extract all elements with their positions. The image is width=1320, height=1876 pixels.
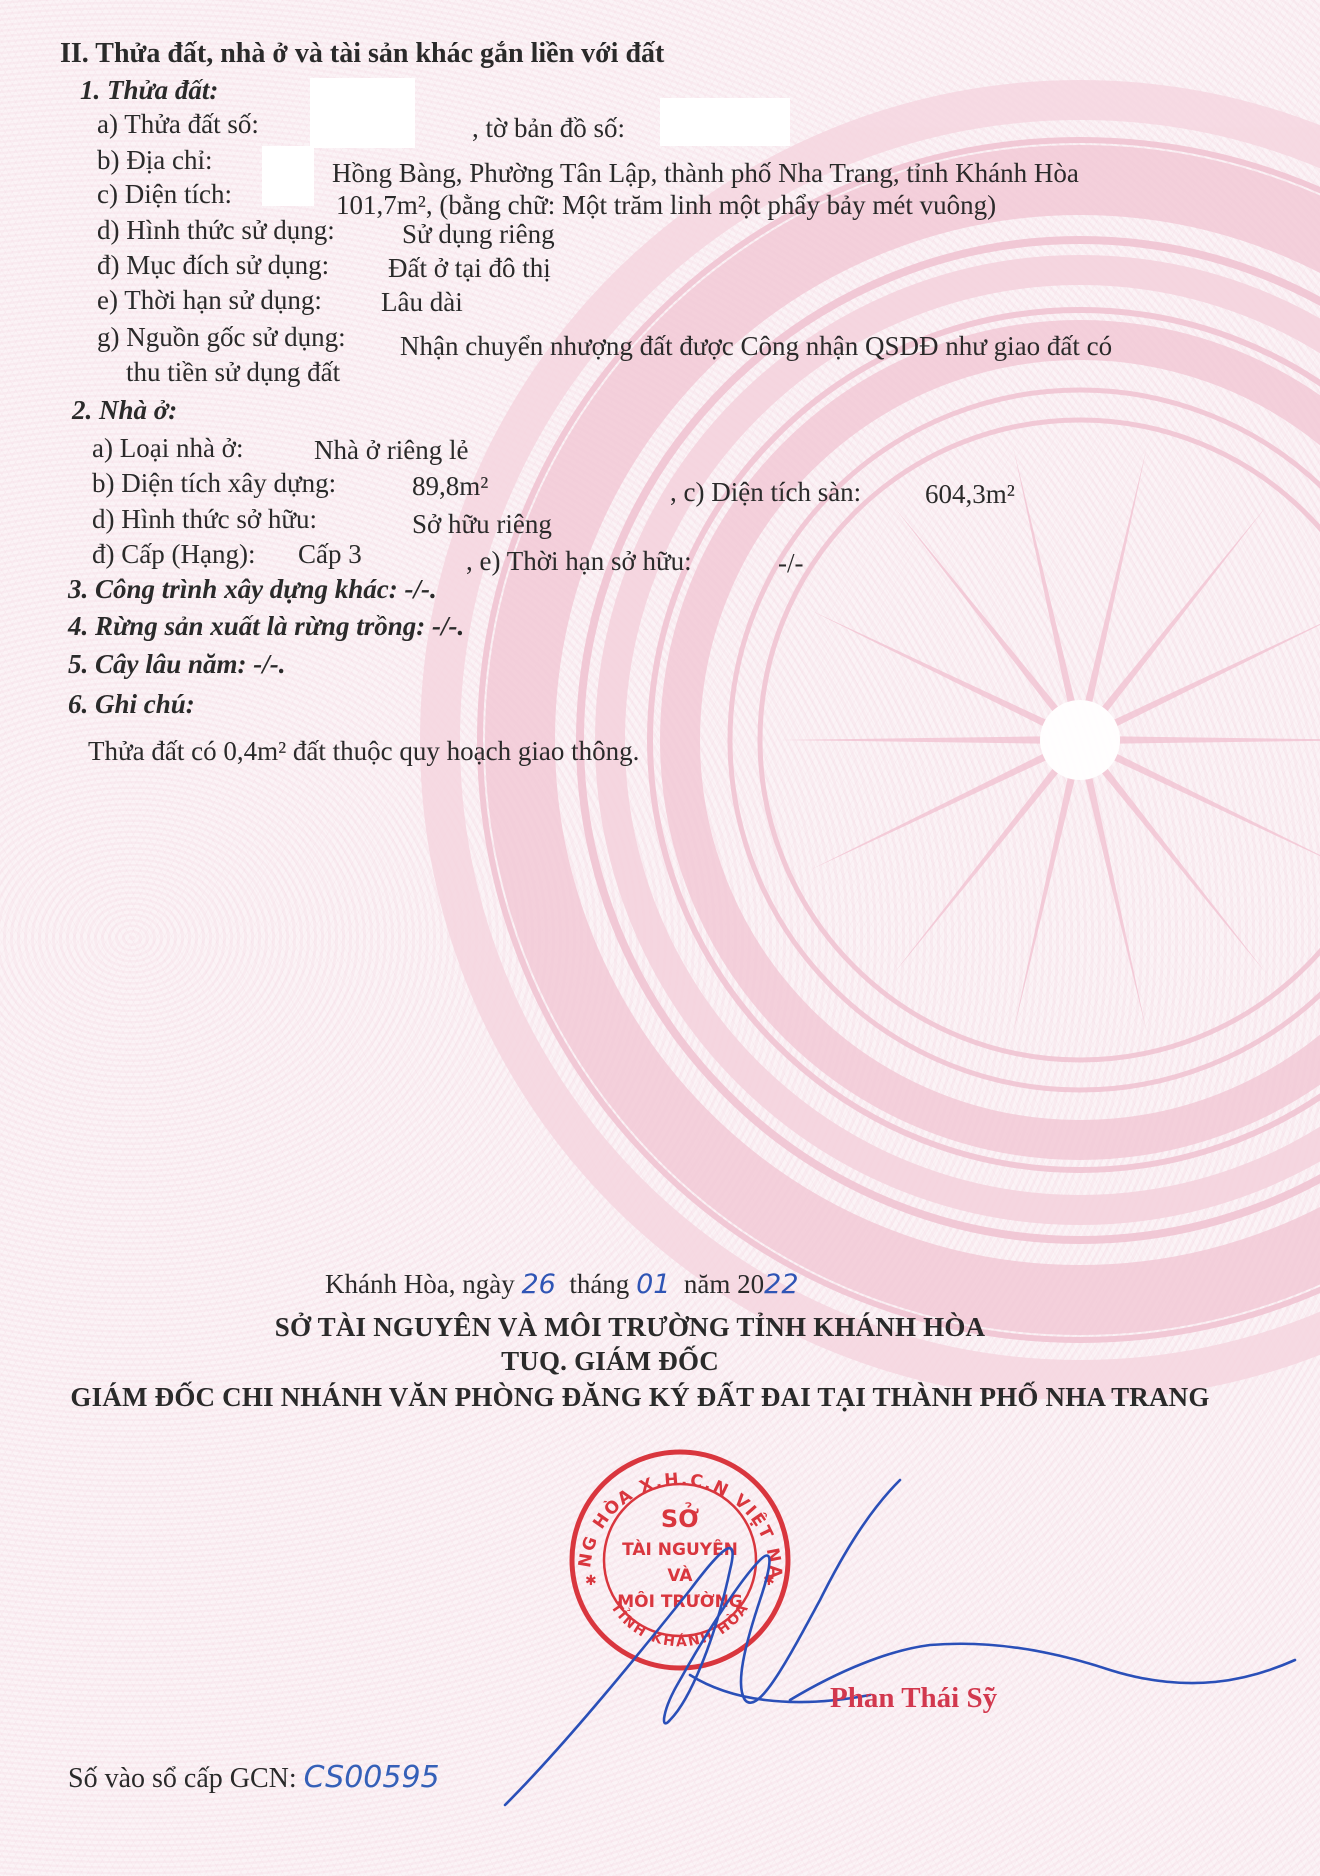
date-year-suffix: 22	[764, 1269, 798, 1300]
date-day: 26	[521, 1269, 555, 1300]
registry-value: CS00595	[304, 1760, 440, 1795]
notes-heading: 6. Ghi chú:	[68, 688, 195, 720]
purpose-label: đ) Mục đích sử dụng:	[97, 249, 329, 281]
purpose-value: Đất ở tại đô thị	[388, 252, 551, 284]
map-sheet-label: , tờ bản đồ số:	[472, 112, 625, 144]
house-type-value: Nhà ở riêng lẻ	[314, 434, 468, 466]
date-year-label: năm 20	[684, 1269, 764, 1299]
address-label: b) Địa chỉ:	[97, 144, 212, 176]
origin-value-line2: thu tiền sử dụng đất	[126, 356, 340, 388]
date-month-label: tháng	[569, 1269, 629, 1299]
term-value: Lâu dài	[381, 286, 463, 318]
redacted-house-number	[262, 146, 314, 206]
grade-label: đ) Cấp (Hạng):	[92, 538, 255, 570]
signer-name: Phan Thái Sỹ	[830, 1682, 997, 1715]
parcel-label: a) Thửa đất số:	[97, 108, 259, 140]
redacted-parcel-number	[310, 78, 415, 148]
date-place-prefix: Khánh Hòa, ngày	[325, 1269, 515, 1299]
perennial-trees: 5. Cây lâu năm: -/-.	[68, 648, 286, 680]
section-title: II. Thửa đất, nhà ở và tài sản khác gắn …	[60, 38, 664, 70]
redacted-map-sheet-number	[660, 98, 790, 146]
ownership-term-value: -/-	[778, 547, 803, 579]
other-construction: 3. Công trình xây dựng khác: -/-.	[68, 573, 437, 605]
land-heading: 1. Thửa đất:	[80, 74, 218, 106]
signing-date: Khánh Hòa, ngày 26 tháng 01 năm 2022	[325, 1268, 799, 1301]
signer-title: GIÁM ĐỐC CHI NHÁNH VĂN PHÒNG ĐĂNG KÝ ĐẤT…	[0, 1382, 1300, 1413]
use-form-value: Sử dụng riêng	[402, 218, 555, 250]
notes-text: Thửa đất có 0,4m² đất thuộc quy hoạch gi…	[88, 735, 639, 767]
ownership-label: d) Hình thức sở hữu:	[92, 503, 317, 535]
origin-label: g) Nguồn gốc sử dụng:	[97, 321, 346, 353]
built-area-value: 89,8m²	[412, 470, 488, 502]
grade-value: Cấp 3	[298, 538, 362, 570]
term-label: e) Thời hạn sử dụng:	[97, 284, 322, 316]
use-form-label: d) Hình thức sử dụng:	[97, 214, 335, 246]
house-type-label: a) Loại nhà ở:	[92, 432, 243, 464]
date-month: 01	[636, 1269, 670, 1300]
built-area-label: b) Diện tích xây dựng:	[92, 467, 336, 499]
house-heading: 2. Nhà ở:	[72, 394, 177, 426]
area-value: 101,7m², (bằng chữ: Một trăm linh một ph…	[336, 189, 996, 221]
ownership-value: Sở hữu riêng	[412, 508, 552, 540]
ownership-term-label: , e) Thời hạn sở hữu:	[466, 545, 692, 577]
registry-label: Số vào sổ cấp GCN:	[68, 1763, 297, 1794]
area-label: c) Diện tích:	[97, 178, 232, 210]
address-value: Hồng Bàng, Phường Tân Lập, thành phố Nha…	[332, 157, 1079, 189]
floor-area-value: 604,3m²	[925, 478, 1015, 510]
agency-name: SỞ TÀI NGUYÊN VÀ MÔI TRƯỜNG TỈNH KHÁNH H…	[0, 1312, 1290, 1343]
origin-value-line1: Nhận chuyển nhượng đất được Công nhận QS…	[400, 330, 1112, 362]
registry-number: Số vào sổ cấp GCN: CS00595	[68, 1762, 440, 1795]
on-behalf-title: TUQ. GIÁM ĐỐC	[0, 1346, 1270, 1377]
certificate-page: II. Thửa đất, nhà ở và tài sản khác gắn …	[0, 0, 1320, 1876]
production-forest: 4. Rừng sản xuất là rừng trồng: -/-.	[68, 610, 464, 642]
handwritten-signature	[490, 1470, 1310, 1830]
floor-area-label: , c) Diện tích sàn:	[670, 476, 861, 508]
